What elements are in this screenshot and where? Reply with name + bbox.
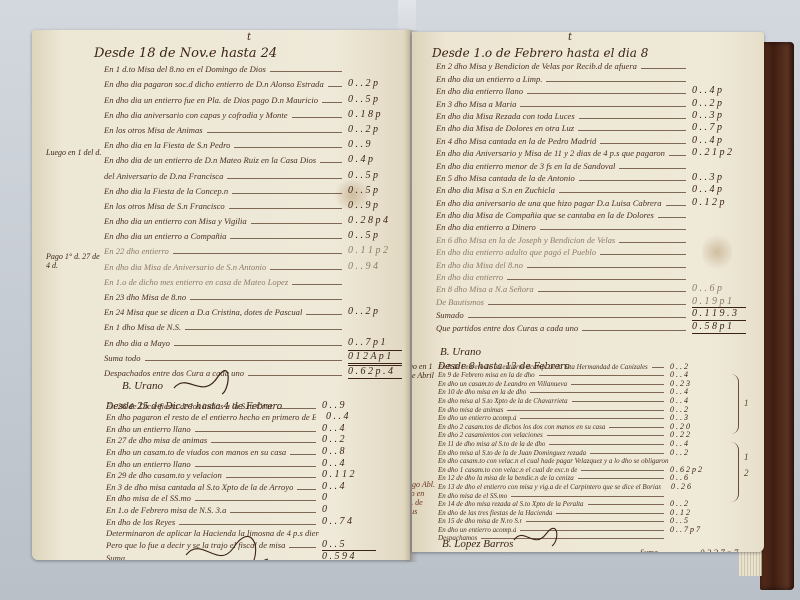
ledger-row: En dho un entierro acomp.d0 . . 3	[438, 414, 724, 423]
bracket-note: 2	[744, 468, 749, 478]
ledger-row: En dho casam.to con velac.n el cual hade…	[438, 457, 724, 466]
total-row: Despachados entre dos Cura a cada uno0 .…	[104, 364, 402, 379]
ledger-row: En dho pagaron el resto de el entierro h…	[106, 412, 376, 424]
ledger-row: En dho dia de un entierro de D.n Mateo R…	[104, 151, 402, 166]
left-page: Desde 18 de Nov.e hasta 24 t Luego en 1 …	[32, 30, 410, 560]
ledger-row: En dho misa de el SS.mo0	[106, 493, 376, 505]
ledger-row: En 13 de dho el entierro con misa y vig.…	[438, 482, 724, 491]
ledger-row: En 1.o de Febrero misa de N.S. 3.a0	[106, 504, 376, 516]
ledger-row: En 24 Misa que se dicen a D.a Cristina, …	[104, 303, 402, 318]
ledger-row: En 9 de Febrero misa en la de dho0 . . 4	[438, 371, 724, 380]
ledger-row: En 3 de dho misa cantada al S.to Xpto de…	[106, 481, 376, 493]
ledger-row: En dho dia aniversario de una que hizo p…	[436, 196, 746, 208]
ledger-row: En dho dia Misa Rezada con toda Luces0 .…	[436, 110, 746, 122]
ledger-row: En dho dia un entierro a Limp.	[436, 72, 746, 84]
ledger-row: En dho de los Reyes0 . . 7 4	[106, 516, 376, 528]
ledger-row: En dho misa al S.to de la de Juan Doming…	[438, 448, 724, 457]
ledger-row: En dho un casam.to de viudos con manos e…	[106, 446, 376, 458]
ledger-row: En dho dia Misa de Dolores en otra Luz0 …	[436, 122, 746, 134]
ledger-row: En 26 de Dic.e fiesta de los indios a la…	[106, 400, 376, 412]
ledger-row: En 14 de dho misa rezada al S.to Xpto de…	[438, 500, 724, 509]
ledger-row: En dho un entierro acomp.d0 . . 7 p 7	[438, 525, 724, 534]
ledger-row: En 15 de dho misa de N.ro S.r0 . . 5	[438, 517, 724, 526]
margin-note: Pago 1° d. 27 de 4 d.	[46, 252, 102, 270]
ledger-row: En dho dia Misa de Compañia que se canta…	[436, 209, 746, 221]
ledger-row: En 5 dho Misa cantada de la de Antonio0 …	[436, 172, 746, 184]
ledger-row: En los otros Misa de Animas0 . . 2 p	[104, 121, 402, 136]
ledger-row: En dho dia un entierro a Compañia0 . . 5…	[104, 227, 402, 242]
signature: B. Urano	[122, 380, 163, 392]
right-page-heading: Desde 1.o de Febrero hasta el dia 8	[432, 46, 648, 60]
ledger-row: En dho dia aniversario con capas y cofra…	[104, 106, 402, 121]
signature: B. Lopez Barros	[442, 538, 513, 550]
sum-amount: 0 2 2 7 p 7	[700, 548, 738, 552]
total-row: Que partidos entre dos Curas a cada uno0…	[436, 321, 746, 334]
bracket-mark	[730, 374, 739, 434]
ledger-row: En 22 dho entierro0 . 1 1 p 2	[104, 242, 402, 257]
heading-mark: t	[568, 32, 572, 43]
total-row: Suma todo0 1 2 A p 1	[104, 349, 402, 364]
ledger-row: En dho dia la Fiesta de la Concep.n0 . .…	[104, 182, 402, 197]
margin-note: Luego Abl. caso en Pla. de Jesus	[412, 480, 436, 516]
ledger-row: En dho dia Misa a S.n en Zuchicla0 . . 4…	[436, 184, 746, 196]
ledger-row: En 23 dho Misa de 8.no	[104, 288, 402, 303]
left-page-heading: Desde 18 de Nov.e hasta 24	[94, 46, 277, 61]
signature: B. Urano	[440, 346, 481, 358]
signature-flourish-icon	[172, 370, 232, 396]
ledger-row: En dho dia un entierro fue en Pla. de Di…	[104, 90, 402, 105]
ledger-row: En dho dia en la Fiesta de S.n Pedro0 . …	[104, 136, 402, 151]
ledger-row: En 27 de dho misa de animas0 . . 2	[106, 435, 376, 447]
ledger-row: En dho dia Misa del 8.no	[436, 258, 746, 270]
ledger-row: En 3 dho Misa a Maria0 . . 2 p	[436, 97, 746, 109]
ledger-row: En dho dia entierro a Dinero	[436, 221, 746, 233]
entries-section-1: En 2 dho Misa y Bendicion de Velas por R…	[436, 60, 746, 334]
ledger-row: En dho dia a Mayo0 . . 7 p 1	[104, 333, 402, 348]
leather-binding	[760, 42, 794, 590]
ledger-row: En dho dia entierro menor de 3 fs en la …	[436, 159, 746, 171]
ledger-row: En dho un entierro llano0 . . 4	[106, 423, 376, 435]
ledger-row: En los otros Misa de S.n Francisco0 . . …	[104, 197, 402, 212]
right-page: Desde 1.o de Febrero hasta el dia 8 t Pa…	[412, 32, 764, 552]
signature-flourish-icon	[512, 526, 562, 550]
ledger-row: En dho dia entierro adulto que pagó el P…	[436, 246, 746, 258]
ledger-row: En 4 dho Misa cantada en la de Pedro Mad…	[436, 134, 746, 146]
ledger-row: En dho misa al S.to Xpto de la de Chavar…	[438, 396, 724, 405]
ledger-row: En dho dia pagaron soc.d dicho entierro …	[104, 75, 402, 90]
ledger-row: En dho dia Misa de Aniversario de S.n An…	[104, 257, 402, 272]
ledger-row: del Aniversario de D.na Francisca0 . . 5…	[104, 166, 402, 181]
signature-flourish-icon	[182, 535, 272, 560]
margin-note: Luego en 1 del d.	[46, 148, 102, 157]
ledger-row: En 11 de dho misa al S.to de la de dho0 …	[438, 439, 724, 448]
ledger-row: En dho dia entierro llano0 . . 4 p	[436, 85, 746, 97]
ledger-row: En 1 d.to Misa del 8.no en el Domingo de…	[104, 60, 402, 75]
heading-mark: t	[247, 32, 251, 43]
ledger-book: Desde 18 de Nov.e hasta 24 t Luego en 1 …	[14, 22, 800, 582]
ledger-row: En 8 dho Misa a N.a Señora0 . . 6 p	[436, 283, 746, 295]
entries-section-2: En 8 de Febrero de un entierro acomp. de…	[438, 362, 724, 542]
ledger-row: En dho dia Aniversario y Misa de 11 y 2 …	[436, 147, 746, 159]
entries-section-1: En 1 d.to Misa del 8.no en el Domingo de…	[104, 60, 402, 379]
margin-note: Pago en 1 d. de Abril	[412, 362, 436, 380]
ledger-row: En 1 dho Misa de N.S.	[104, 318, 402, 333]
ledger-row: En 6 dho Misa en la de Joseph y Bendicio…	[436, 233, 746, 245]
ledger-row: En dho un entierro llano0 . . 4	[106, 458, 376, 470]
ledger-row: En 29 de dho casam.to y velacion0 . 1 1 …	[106, 470, 376, 482]
bracket-note: 1	[744, 398, 749, 408]
sum-label: Suma	[640, 548, 658, 552]
ledger-row: En 2 dho Misa y Bendicion de Velas por R…	[436, 60, 746, 72]
ledger-row: En 1.o de dicho mes entierro en casa de …	[104, 273, 402, 288]
ledger-row: En dho dia entierro	[436, 271, 746, 283]
bracket-mark	[730, 442, 739, 502]
bracket-note: 1	[744, 452, 749, 462]
ledger-row: En dho dia un entierro con Misa y Vigili…	[104, 212, 402, 227]
